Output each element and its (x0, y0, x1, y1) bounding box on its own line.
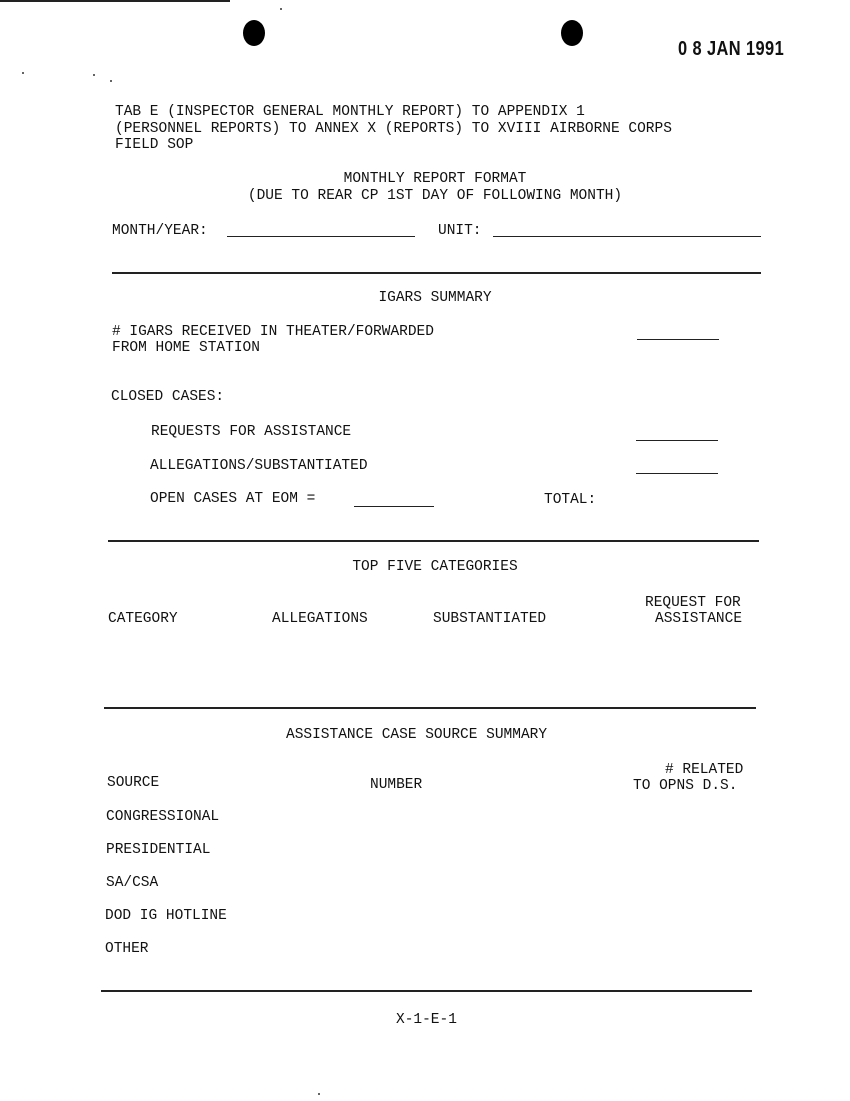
top-five-heading: TOP FIVE CATEGORIES (110, 559, 760, 575)
column-request-for: REQUEST FOR (645, 595, 741, 611)
column-assistance: ASSISTANCE (655, 611, 742, 627)
scan-speck (280, 8, 282, 10)
section-divider (112, 272, 761, 274)
assistance-source-heading: ASSISTANCE CASE SOURCE SUMMARY (286, 727, 547, 743)
scan-edge-bar (0, 0, 230, 2)
page-title: MONTHLY REPORT FORMAT (110, 171, 760, 187)
page-number: X-1-E-1 (396, 1012, 457, 1028)
unit-label: UNIT: (438, 223, 482, 239)
igars-received-label-1: # IGARS RECEIVED IN THEATER/FORWARDED (112, 324, 434, 340)
requests-for-assistance-label: REQUESTS FOR ASSISTANCE (151, 424, 351, 440)
source-row-sa-csa: SA/CSA (106, 875, 158, 891)
month-year-label: MONTH/YEAR: (112, 223, 208, 239)
punch-hole-right (561, 20, 583, 46)
section-divider (104, 707, 756, 709)
scan-speck (110, 80, 112, 82)
column-number: NUMBER (370, 777, 422, 793)
column-related-line-1: # RELATED (665, 762, 743, 778)
column-related-line-2: TO OPNS D.S. (633, 778, 737, 794)
open-cases-field[interactable] (354, 506, 434, 507)
source-row-other: OTHER (105, 941, 149, 957)
scan-speck (318, 1093, 320, 1095)
allegations-substantiated-label: ALLEGATIONS/SUBSTANTIATED (150, 458, 368, 474)
open-cases-label: OPEN CASES AT EOM = (150, 491, 315, 507)
header-line-3: FIELD SOP (115, 137, 193, 153)
header-line-2: (PERSONNEL REPORTS) TO ANNEX X (REPORTS)… (115, 121, 672, 137)
page-subtitle: (DUE TO REAR CP 1ST DAY OF FOLLOWING MON… (110, 188, 760, 204)
source-row-presidential: PRESIDENTIAL (106, 842, 210, 858)
section-divider (108, 540, 759, 542)
igars-received-label-2: FROM HOME STATION (112, 340, 260, 356)
date-stamp: 0 8 JAN 1991 (678, 38, 784, 61)
unit-field[interactable] (493, 236, 761, 237)
total-label: TOTAL: (544, 492, 596, 508)
igars-received-field[interactable] (637, 339, 719, 340)
allegations-substantiated-field[interactable] (636, 473, 718, 474)
scan-speck (93, 74, 95, 76)
column-allegations: ALLEGATIONS (272, 611, 368, 627)
column-source: SOURCE (107, 775, 159, 791)
closed-cases-label: CLOSED CASES: (111, 389, 224, 405)
month-year-field[interactable] (227, 236, 415, 237)
header-line-1: TAB E (INSPECTOR GENERAL MONTHLY REPORT)… (115, 104, 585, 120)
source-row-dod-ig-hotline: DOD IG HOTLINE (105, 908, 227, 924)
punch-hole-left (243, 20, 265, 46)
scan-speck (22, 72, 24, 74)
column-category: CATEGORY (108, 611, 178, 627)
source-row-congressional: CONGRESSIONAL (106, 809, 219, 825)
column-substantiated: SUBSTANTIATED (433, 611, 546, 627)
section-divider (101, 990, 752, 992)
igars-summary-heading: IGARS SUMMARY (110, 290, 760, 306)
requests-for-assistance-field[interactable] (636, 440, 718, 441)
